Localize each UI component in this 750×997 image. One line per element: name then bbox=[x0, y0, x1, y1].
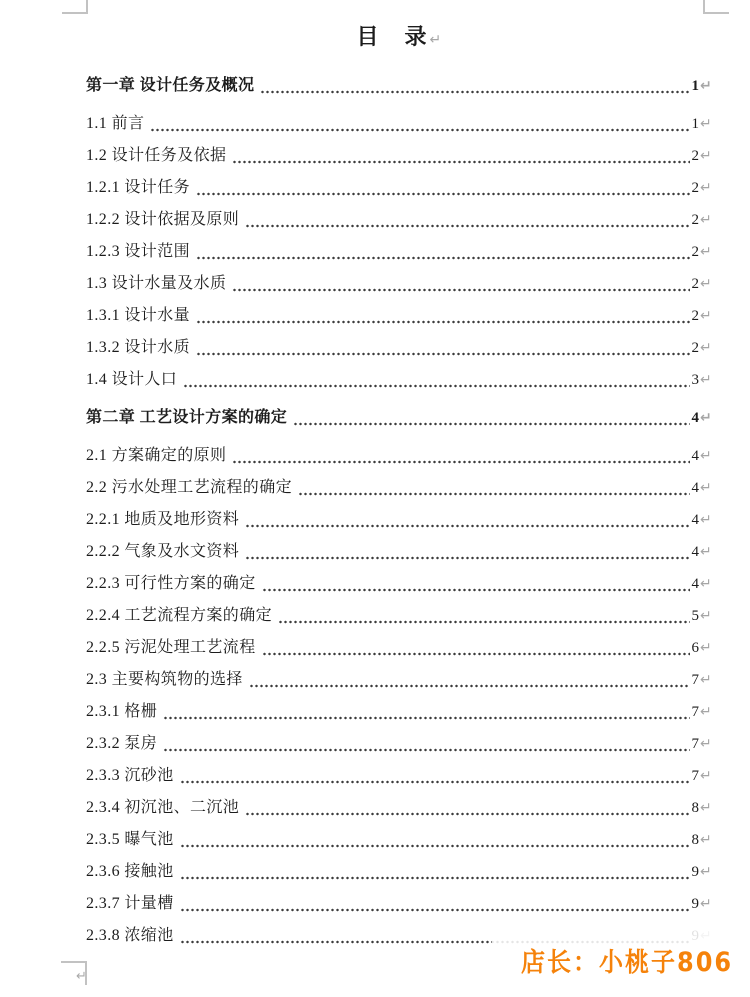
toc-row[interactable]: 1.3.2 设计水质 2 ↵ bbox=[86, 332, 713, 364]
toc-row[interactable]: 2.3.7 计量槽 9 ↵ bbox=[86, 888, 713, 920]
toc-entry-label: 2.3.4 初沉池、二沉池 bbox=[86, 792, 239, 824]
paragraph-return-icon: ↵ bbox=[700, 70, 713, 102]
toc-entry-label: 2.2 污水处理工艺流程的确定 bbox=[86, 472, 292, 504]
toc-row[interactable]: 2.3.3 沉砂池 7 ↵ bbox=[86, 760, 713, 792]
paragraph-return-icon: ↵ bbox=[700, 172, 713, 204]
toc-page-number: 3 bbox=[692, 364, 700, 396]
toc-row[interactable]: 2.2.3 可行性方案的确定 4 ↵ bbox=[86, 568, 713, 600]
toc-page-number: 2 bbox=[692, 140, 700, 172]
paragraph-return-icon: ↵ bbox=[700, 204, 713, 236]
toc-leader-dots bbox=[262, 588, 690, 592]
word-document-page: ↵ 目 录↵ 第一章 设计任务及概况 1 ↵ 1.1 前言 1 ↵ 1.2 设计… bbox=[0, 0, 750, 997]
toc-page-number: 2 bbox=[692, 236, 700, 268]
toc-entry-label: 1.3.2 设计水质 bbox=[86, 332, 190, 364]
toc-page-number: 4 bbox=[692, 568, 700, 600]
toc-page-number: 2 bbox=[692, 300, 700, 332]
paragraph-return-icon: ↵ bbox=[700, 696, 713, 728]
toc-entry-label: 2.3.3 沉砂池 bbox=[86, 760, 174, 792]
toc-row[interactable]: 第二章 工艺设计方案的确定 4 ↵ bbox=[86, 402, 713, 434]
toc-entry-label: 2.3 主要构筑物的选择 bbox=[86, 664, 243, 696]
toc-entry-label: 第二章 工艺设计方案的确定 bbox=[86, 402, 287, 434]
toc-entry-label: 1.4 设计人口 bbox=[86, 364, 177, 396]
toc-row[interactable]: 第一章 设计任务及概况 1 ↵ bbox=[86, 70, 713, 102]
toc-row[interactable]: 2.3.6 接触池 9 ↵ bbox=[86, 856, 713, 888]
toc-row[interactable]: 2.2.2 气象及水文资料 4 ↵ bbox=[86, 536, 713, 568]
toc-leader-dots bbox=[278, 620, 689, 624]
toc-leader-dots bbox=[249, 684, 690, 688]
paragraph-return-icon: ↵ bbox=[700, 300, 713, 332]
toc-entry-label: 1.1 前言 bbox=[86, 108, 144, 140]
toc-leader-dots bbox=[298, 492, 689, 496]
paragraph-return-icon: ↵ bbox=[700, 402, 713, 434]
toc-leader-dots bbox=[196, 320, 689, 324]
toc-page-number: 4 bbox=[692, 402, 700, 434]
toc-entry-label: 2.2.3 可行性方案的确定 bbox=[86, 568, 256, 600]
paragraph-return-icon: ↵ bbox=[700, 760, 713, 792]
toc-page-number: 7 bbox=[692, 728, 700, 760]
toc-leader-dots bbox=[180, 780, 690, 784]
toc-leader-dots bbox=[196, 192, 689, 196]
toc-entry-label: 2.1 方案确定的原则 bbox=[86, 440, 226, 472]
toc-leader-dots bbox=[245, 812, 689, 816]
paragraph-return-icon: ↵ bbox=[700, 440, 713, 472]
toc-title-text: 目 录 bbox=[356, 24, 428, 49]
paragraph-return-icon: ↵ bbox=[700, 504, 713, 536]
toc-page-number: 4 bbox=[692, 440, 700, 472]
paragraph-return-icon: ↵ bbox=[700, 888, 713, 920]
toc-page-number: 2 bbox=[692, 204, 700, 236]
toc-leader-dots bbox=[260, 90, 689, 94]
toc-entry-label: 1.2.2 设计依据及原则 bbox=[86, 204, 239, 236]
paragraph-return-icon: ↵ bbox=[700, 728, 713, 760]
toc-leader-dots bbox=[163, 748, 689, 752]
toc-leader-dots bbox=[245, 524, 689, 528]
toc-page-number: 8 bbox=[692, 824, 700, 856]
toc-row[interactable]: 2.2.4 工艺流程方案的确定 5 ↵ bbox=[86, 600, 713, 632]
toc-entry-label: 2.3.2 泵房 bbox=[86, 728, 157, 760]
toc-leader-dots bbox=[180, 908, 690, 912]
toc-entry-label: 1.3.1 设计水量 bbox=[86, 300, 190, 332]
toc-page-number: 7 bbox=[692, 664, 700, 696]
toc-row[interactable]: 2.3.1 格栅 7 ↵ bbox=[86, 696, 713, 728]
toc-page-number: 8 bbox=[692, 792, 700, 824]
toc-document-body: 目 录↵ 第一章 设计任务及概况 1 ↵ 1.1 前言 1 ↵ 1.2 设计任务… bbox=[86, 22, 713, 952]
toc-entry-label: 2.2.4 工艺流程方案的确定 bbox=[86, 600, 272, 632]
paragraph-return-icon: ↵ bbox=[700, 268, 713, 300]
paragraph-return-icon: ↵ bbox=[700, 664, 713, 696]
toc-entry-label: 1.3 设计水量及水质 bbox=[86, 268, 226, 300]
paragraph-return-icon: ↵ bbox=[700, 472, 713, 504]
toc-leader-dots bbox=[180, 844, 690, 848]
toc-row[interactable]: 1.3.1 设计水量 2 ↵ bbox=[86, 300, 713, 332]
margin-crop-mark-top-left bbox=[62, 0, 88, 14]
toc-title[interactable]: 目 录↵ bbox=[86, 22, 713, 55]
toc-leader-dots bbox=[196, 352, 689, 356]
margin-crop-mark-top-right bbox=[703, 0, 729, 14]
paragraph-return-icon: ↵ bbox=[700, 632, 713, 664]
toc-page-number: 7 bbox=[692, 760, 700, 792]
toc-entry-label: 第一章 设计任务及概况 bbox=[86, 70, 254, 102]
toc-leader-dots bbox=[150, 128, 689, 132]
paragraph-return-icon: ↵ bbox=[700, 856, 713, 888]
toc-entry-label: 1.2 设计任务及依据 bbox=[86, 140, 226, 172]
toc-row[interactable]: 2.3.4 初沉池、二沉池 8 ↵ bbox=[86, 792, 713, 824]
toc-row[interactable]: 1.2.3 设计范围 2 ↵ bbox=[86, 236, 713, 268]
toc-leader-dots bbox=[245, 556, 689, 560]
paragraph-return-icon: ↵ bbox=[700, 236, 713, 268]
toc-row[interactable]: 1.4 设计人口 3 ↵ bbox=[86, 364, 713, 396]
toc-page-number: 9 bbox=[692, 856, 700, 888]
toc-leader-dots bbox=[293, 422, 689, 426]
paragraph-return-icon: ↵ bbox=[76, 969, 87, 984]
paragraph-return-icon: ↵ bbox=[700, 792, 713, 824]
toc-row[interactable]: 2.1 方案确定的原则 4 ↵ bbox=[86, 440, 713, 472]
toc-entry-label: 2.3.6 接触池 bbox=[86, 856, 174, 888]
toc-list: 第一章 设计任务及概况 1 ↵ 1.1 前言 1 ↵ 1.2 设计任务及依据 2… bbox=[86, 70, 713, 952]
paragraph-return-icon: ↵ bbox=[700, 108, 713, 140]
toc-page-number: 4 bbox=[692, 472, 700, 504]
watermark-text: 店长：小桃子806 bbox=[521, 940, 733, 979]
toc-entry-label: 2.3.8 浓缩池 bbox=[86, 920, 174, 952]
toc-leader-dots bbox=[262, 652, 690, 656]
toc-row[interactable]: 1.1 前言 1 ↵ bbox=[86, 108, 713, 140]
paragraph-return-icon: ↵ bbox=[700, 568, 713, 600]
toc-row[interactable]: 1.2 设计任务及依据 2 ↵ bbox=[86, 140, 713, 172]
toc-page-number: 4 bbox=[692, 504, 700, 536]
toc-entry-label: 2.2.2 气象及水文资料 bbox=[86, 536, 239, 568]
toc-page-number: 6 bbox=[692, 632, 700, 664]
toc-entry-label: 2.3.7 计量槽 bbox=[86, 888, 174, 920]
toc-page-number: 7 bbox=[692, 696, 700, 728]
toc-row[interactable]: 2.2.1 地质及地形资料 4 ↵ bbox=[86, 504, 713, 536]
toc-leader-dots bbox=[196, 256, 689, 260]
toc-leader-dots bbox=[163, 716, 689, 720]
toc-row[interactable]: 1.3 设计水量及水质 2 ↵ bbox=[86, 268, 713, 300]
toc-row[interactable]: 2.2 污水处理工艺流程的确定 4 ↵ bbox=[86, 472, 713, 504]
toc-page-number: 5 bbox=[692, 600, 700, 632]
paragraph-return-icon: ↵ bbox=[700, 536, 713, 568]
toc-entry-label: 2.2.1 地质及地形资料 bbox=[86, 504, 239, 536]
paragraph-return-icon: ↵ bbox=[700, 140, 713, 172]
toc-entry-label: 2.2.5 污泥处理工艺流程 bbox=[86, 632, 256, 664]
toc-entry-label: 1.2.1 设计任务 bbox=[86, 172, 190, 204]
paragraph-return-icon: ↵ bbox=[430, 25, 443, 55]
toc-leader-dots bbox=[180, 876, 690, 880]
toc-leader-dots bbox=[232, 160, 689, 164]
toc-page-number: 9 bbox=[692, 888, 700, 920]
toc-row[interactable]: 2.2.5 污泥处理工艺流程 6 ↵ bbox=[86, 632, 713, 664]
toc-leader-dots bbox=[183, 384, 689, 388]
toc-row[interactable]: 2.3.5 曝气池 8 ↵ bbox=[86, 824, 713, 856]
toc-entry-label: 2.3.5 曝气池 bbox=[86, 824, 174, 856]
toc-page-number: 1 bbox=[692, 70, 700, 102]
toc-page-number: 2 bbox=[692, 332, 700, 364]
toc-row[interactable]: 2.3.2 泵房 7 ↵ bbox=[86, 728, 713, 760]
paragraph-return-icon: ↵ bbox=[700, 824, 713, 856]
toc-leader-dots bbox=[245, 224, 689, 228]
toc-page-number: 2 bbox=[692, 172, 700, 204]
toc-entry-label: 1.2.3 设计范围 bbox=[86, 236, 190, 268]
toc-page-number: 2 bbox=[692, 268, 700, 300]
toc-leader-dots bbox=[232, 288, 689, 292]
toc-row[interactable]: 1.2.2 设计依据及原则 2 ↵ bbox=[86, 204, 713, 236]
toc-page-number: 4 bbox=[692, 536, 700, 568]
paragraph-return-icon: ↵ bbox=[700, 364, 713, 396]
paragraph-return-icon: ↵ bbox=[700, 332, 713, 364]
toc-row[interactable]: 1.2.1 设计任务 2 ↵ bbox=[86, 172, 713, 204]
toc-entry-label: 2.3.1 格栅 bbox=[86, 696, 157, 728]
paragraph-return-icon: ↵ bbox=[700, 600, 713, 632]
toc-leader-dots bbox=[232, 460, 689, 464]
toc-row[interactable]: 2.3 主要构筑物的选择 7 ↵ bbox=[86, 664, 713, 696]
toc-page-number: 1 bbox=[692, 108, 700, 140]
